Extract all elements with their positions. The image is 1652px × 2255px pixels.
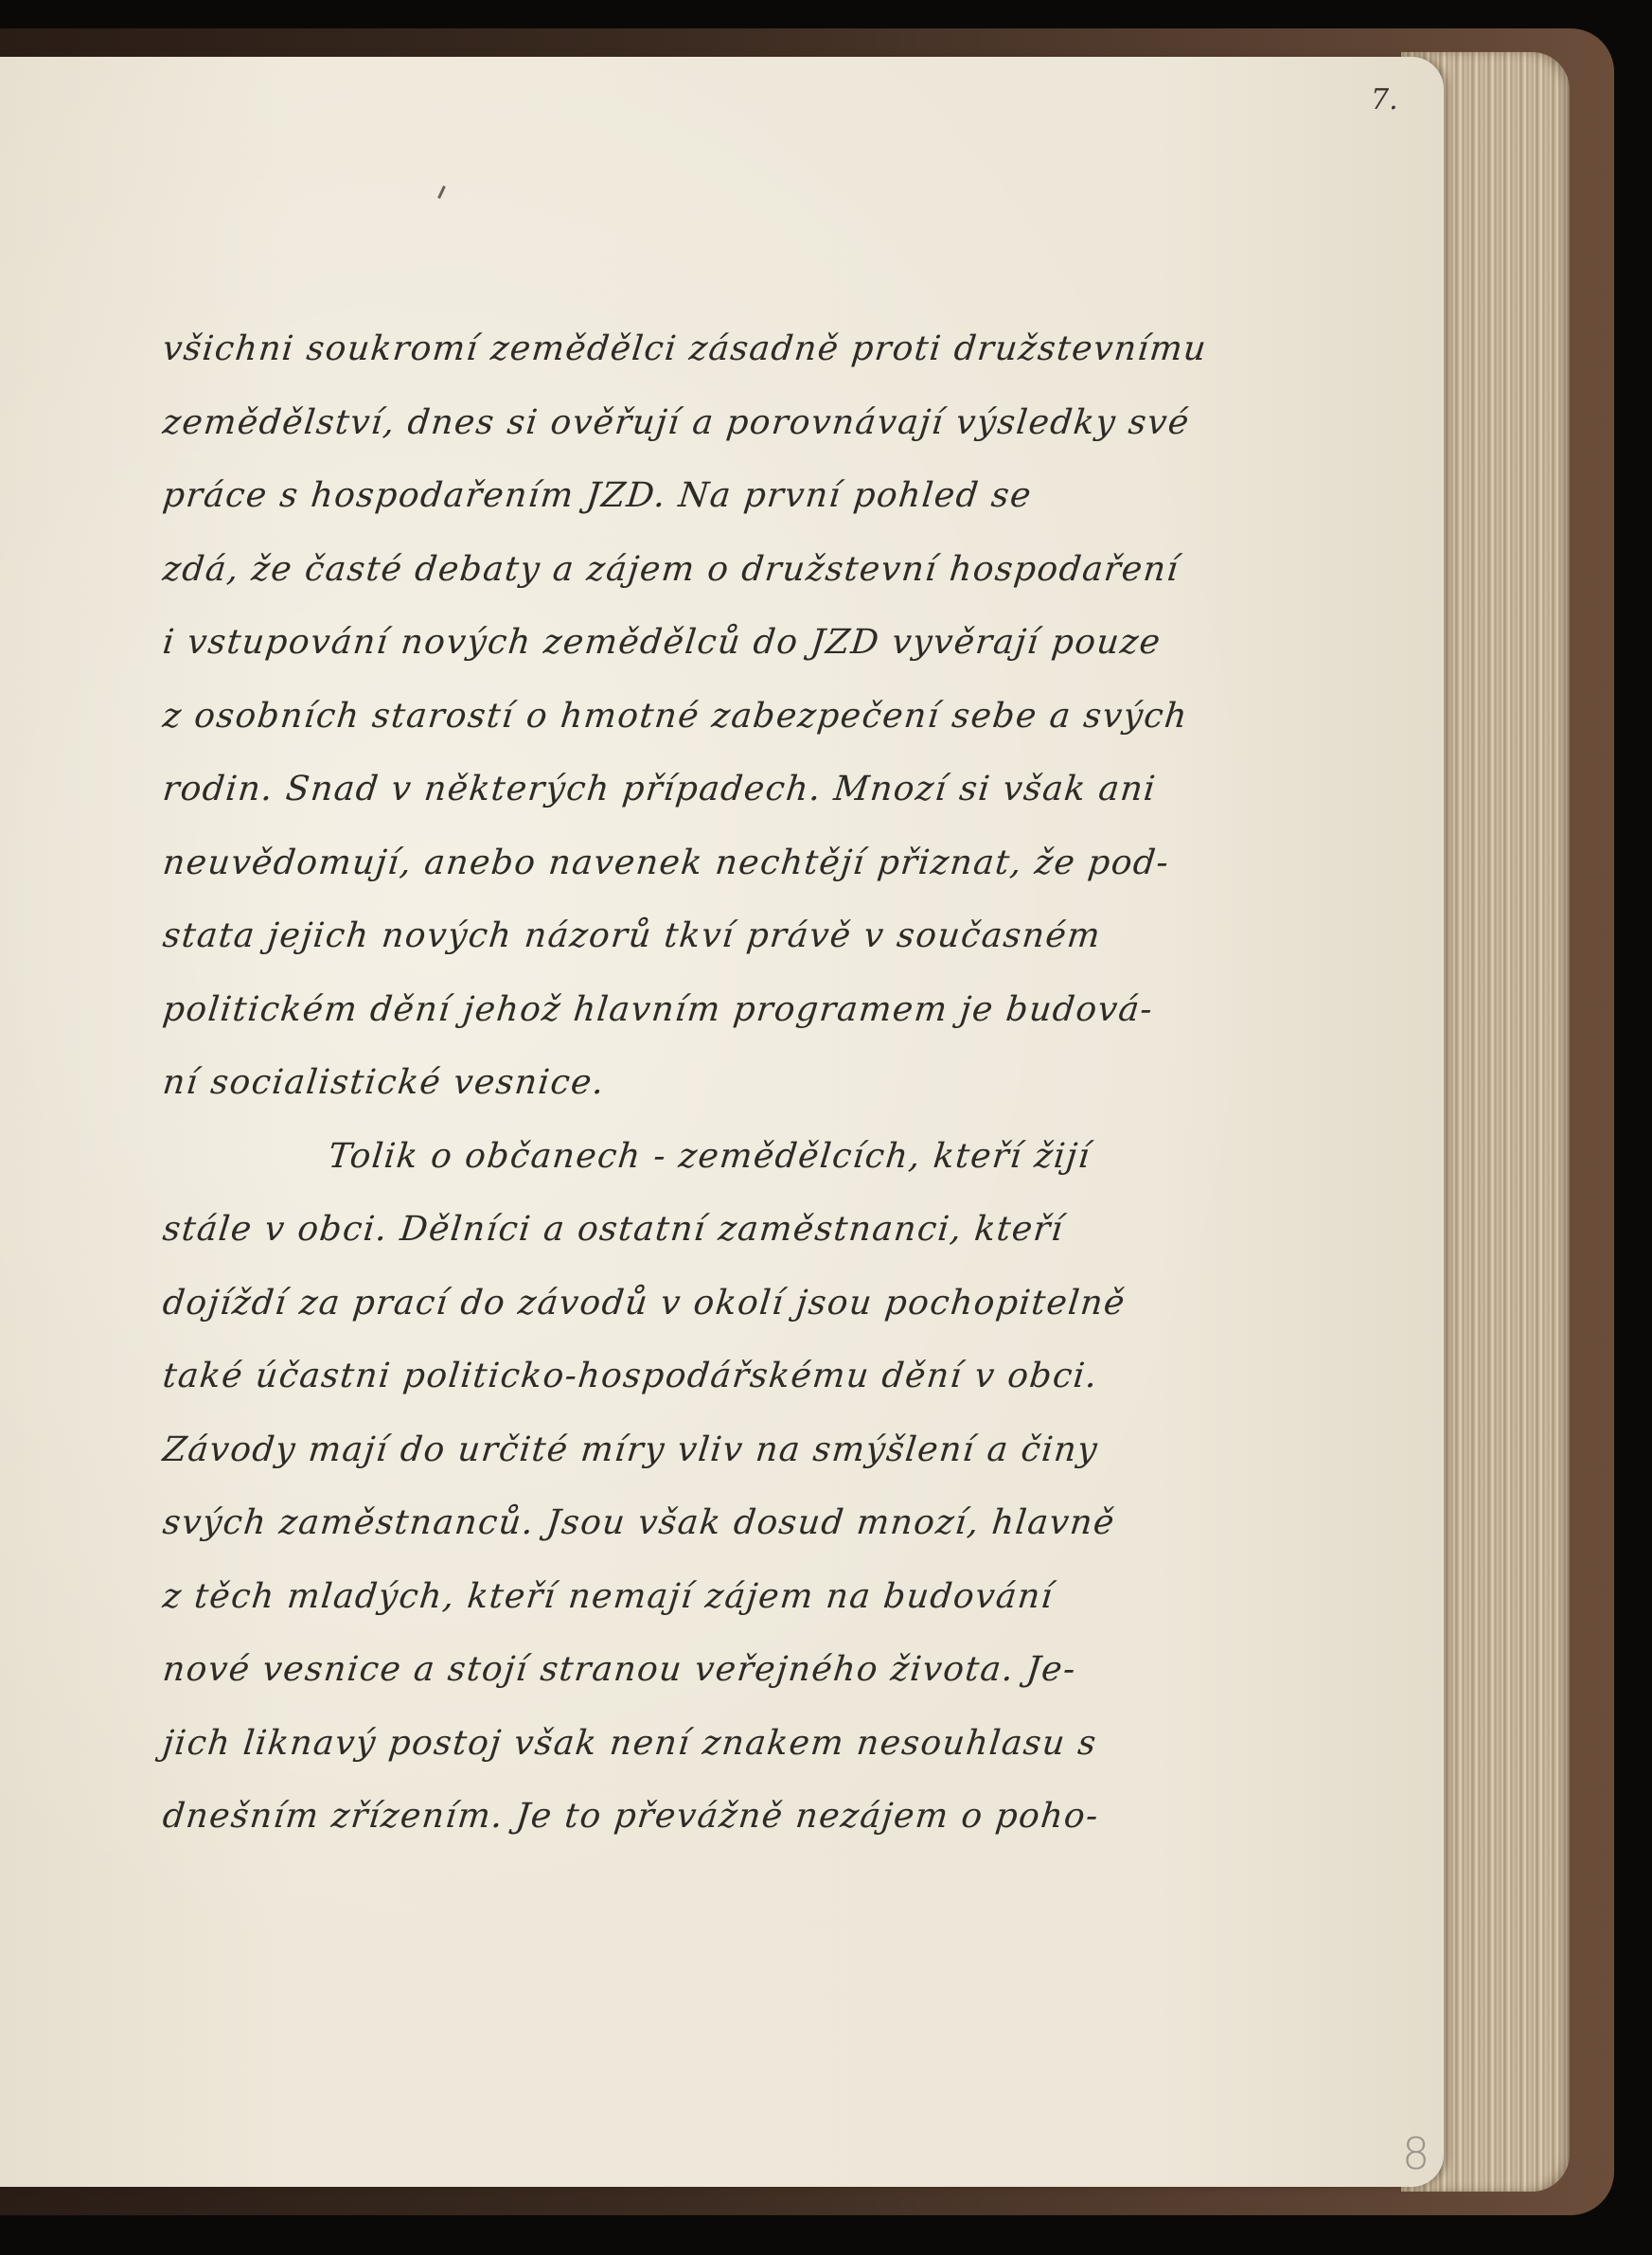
text-line: jich liknavý postoj však není znakem nes… [159,1707,1170,1781]
text-line: i vstupování nových zemědělců do JZD vyv… [159,606,1170,680]
text-line: dojíždí za prací do závodů v okolí jsou … [159,1267,1170,1341]
text-line: všichni soukromí zemědělci zásadně proti… [159,312,1170,386]
text-line: z těch mladých, kteří nemají zájem na bu… [159,1560,1170,1634]
text-line: dnešním zřízením. Je to převážně nezájem… [159,1780,1170,1854]
page-number: 7. [1371,83,1398,116]
text-line: Tolik o občanech - zemědělcích, kteří ži… [159,1120,1170,1194]
text-line: zemědělství, dnes si ověřují a porovnáva… [159,386,1170,460]
text-line: neuvědomují, anebo navenek nechtějí přiz… [159,826,1170,900]
paragraph-2: Tolik o občanech - zemědělcích, kteří ži… [159,1120,1163,1854]
text-line: nové vesnice a stojí stranou veřejného ž… [159,1633,1170,1707]
paragraph-1: všichni soukromí zemědělci zásadně proti… [159,312,1163,1120]
text-line: Závody mají do určité míry vliv na smýšl… [159,1413,1170,1487]
text-line: z osobních starostí o hmotné zabezpečení… [159,680,1170,754]
text-line: ní socialistické vesnice. [159,1046,1170,1120]
text-line: stále v obci. Dělníci a ostatní zaměstna… [159,1193,1170,1267]
text-line: svých zaměstnanců. Jsou však dosud mnozí… [159,1486,1170,1560]
text-line: práce s hospodařením JZD. Na první pohle… [159,459,1170,533]
text-line: politickém dění jehož hlavním programem … [159,973,1170,1047]
text-line: také účastni politicko-hospodářskému děn… [159,1340,1170,1413]
text-line: stata jejich nových názorů tkví právě v … [159,899,1170,973]
text-line: rodin. Snad v některých případech. Mnozí… [159,753,1170,826]
text-line: zdá, že časté debaty a zájem o družstevn… [159,533,1170,607]
handwritten-text: všichni soukromí zemědělci zásadně proti… [159,312,1163,1854]
pencil-folio-number: 8 [1402,2128,1430,2179]
